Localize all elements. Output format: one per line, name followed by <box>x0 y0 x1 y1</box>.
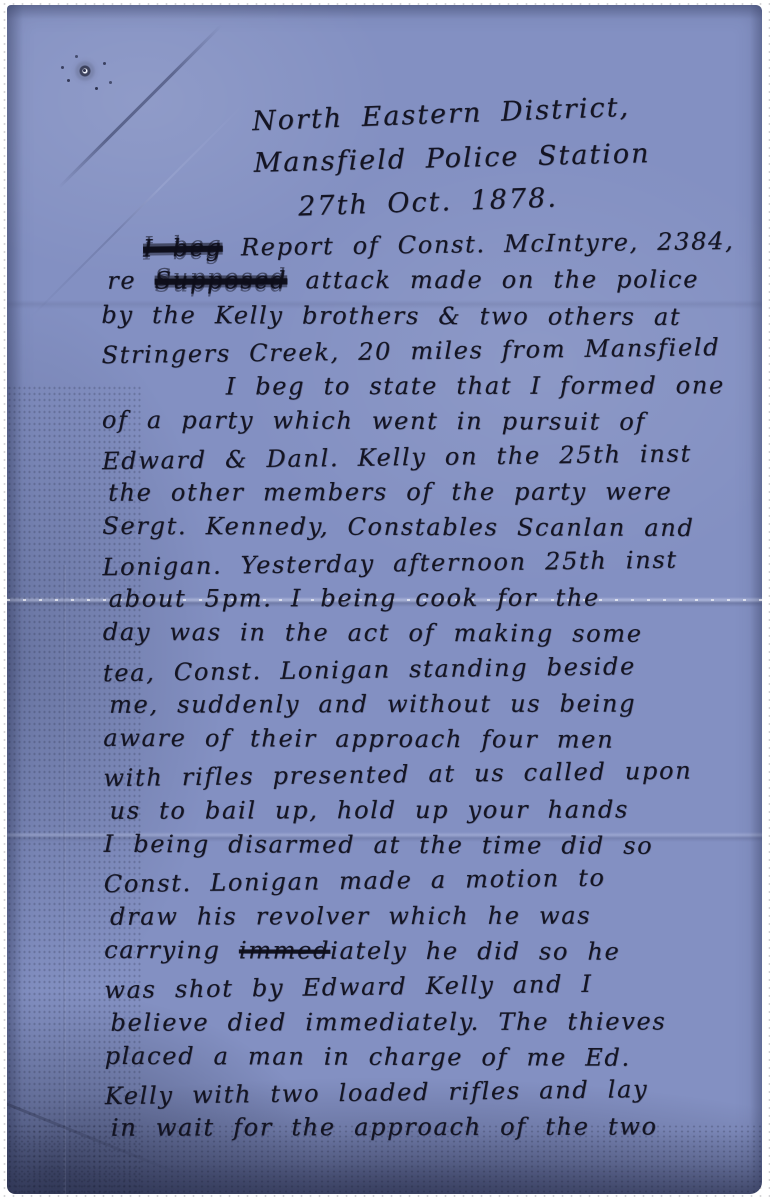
handwriting-text: I beg to state that I formed one <box>226 371 725 400</box>
handwriting-text: by the Kelly brothers & two others at <box>101 300 681 330</box>
manuscript-line-11: about 5pm. I being cook for the <box>109 583 743 620</box>
manuscript-line-23: believe died immediately. The thieves <box>110 1007 744 1044</box>
manuscript-line-22: was shot by Edward Kelly and I <box>104 968 744 1012</box>
struck-text: Supposed <box>155 267 288 295</box>
handwriting-text: was shot by Edward Kelly and I <box>104 970 593 1004</box>
struck-text: immed <box>239 936 330 964</box>
handwriting-text: carrying <box>104 936 239 964</box>
letterhead: North Eastern District, Mansfield Police… <box>252 93 644 225</box>
manuscript-line-13: tea, Const. Lonigan standing beside <box>103 650 743 694</box>
manuscript-line-26: in wait for the approach of the two <box>111 1113 745 1150</box>
handwriting-text: Lonigan. Yesterday afternoon 25th inst <box>102 545 678 581</box>
handwriting-text: us to bail up, hold up your hands <box>109 795 629 824</box>
manuscript-line-20: draw his revolver which he was <box>110 901 744 938</box>
handwriting-text: Stringers Creek, 20 miles from Mansfield <box>101 333 720 369</box>
handwriting-text: Sergt. Kennedy, Constables Scanlan and <box>102 512 694 542</box>
manuscript-line-9: Sergt. Kennedy, Constables Scanlan and <box>102 512 742 550</box>
handwriting-text: in wait for the approach of the two <box>111 1113 658 1142</box>
manuscript-line-21: carrying immediately he did so he <box>104 936 744 974</box>
manuscript-line-16: with rifles presented at us called upon <box>103 756 743 800</box>
manuscript-line-2: re Supposed attack made on the police <box>107 266 741 303</box>
manuscript-line-4: Stringers Creek, 20 miles from Mansfield <box>101 333 741 377</box>
manuscript-line-7: Edward & Danl. Kelly on the 25th inst <box>102 439 742 483</box>
handwriting-text: placed a man in charge of me Ed. <box>105 1042 631 1072</box>
manuscript-line-14: me, suddenly and without us being <box>109 689 743 726</box>
handwriting-text: the other members of the party were <box>108 478 672 507</box>
handwriting-text: tea, Const. Lonigan standing beside <box>103 652 636 687</box>
handwriting-text: Edward & Danl. Kelly on the 25th inst <box>102 439 692 475</box>
fold-crease-vertical <box>63 565 66 1194</box>
manuscript-line-6: of a party which went in pursuit of <box>102 406 742 444</box>
handwriting-text: I being disarmed at the time did so <box>104 830 654 860</box>
handwriting-text: iately he did so he <box>330 937 620 966</box>
handwriting-text: day was in the act of making some <box>103 618 643 648</box>
manuscript-line-17: us to bail up, hold up your hands <box>109 795 743 832</box>
handwriting-text: Report of Const. McIntyre, 2384, <box>222 227 734 262</box>
manuscript-line-19: Const. Lonigan made a motion to <box>104 862 744 906</box>
scan-background: { "page": { "description": "Scanned hand… <box>0 0 770 1200</box>
manuscript-line-24: placed a man in charge of me Ed. <box>105 1042 745 1080</box>
manuscript-line-8: the other members of the party were <box>108 477 742 514</box>
manuscript-line-10: Lonigan. Yesterday afternoon 25th inst <box>102 544 742 588</box>
handwriting-text: attack made on the police <box>287 266 699 295</box>
handwriting-text: re <box>107 267 154 295</box>
handwriting-text: believe died immediately. The thieves <box>110 1007 666 1036</box>
handwriting-text: me, suddenly and without us being <box>109 689 636 718</box>
manuscript-line-12: day was in the act of making some <box>103 618 743 656</box>
handwriting-text: Kelly with two loaded rifles and lay <box>105 1075 649 1110</box>
handwriting-text: of a party which went in pursuit of <box>102 406 646 436</box>
manuscript-line-15: aware of their approach four men <box>103 724 743 762</box>
struck-text: I beg <box>143 234 223 263</box>
handwriting-text: draw his revolver which he was <box>110 901 591 930</box>
manuscript-line-25: Kelly with two loaded rifles and lay <box>105 1074 745 1118</box>
handwriting-text: Const. Lonigan made a motion to <box>104 864 606 899</box>
manuscript-line-18: I being disarmed at the time did so <box>104 830 744 868</box>
letter-paper: North Eastern District, Mansfield Police… <box>7 5 762 1194</box>
fold-crease-diagonal <box>58 24 223 189</box>
manuscript-body: I beg Report of Const. McIntyre, 2384,re… <box>101 230 745 1151</box>
handwriting-text: about 5pm. I being cook for the <box>109 584 600 613</box>
handwriting-text: aware of their approach four men <box>103 724 614 754</box>
manuscript-line-1: I beg Report of Const. McIntyre, 2384, <box>101 227 741 271</box>
manuscript-line-5: I beg to state that I formed one <box>108 371 742 408</box>
manuscript-line-3: by the Kelly brothers & two others at <box>101 300 741 338</box>
handwriting-text: with rifles presented at us called upon <box>103 757 692 793</box>
pinhole-mark <box>67 53 103 89</box>
